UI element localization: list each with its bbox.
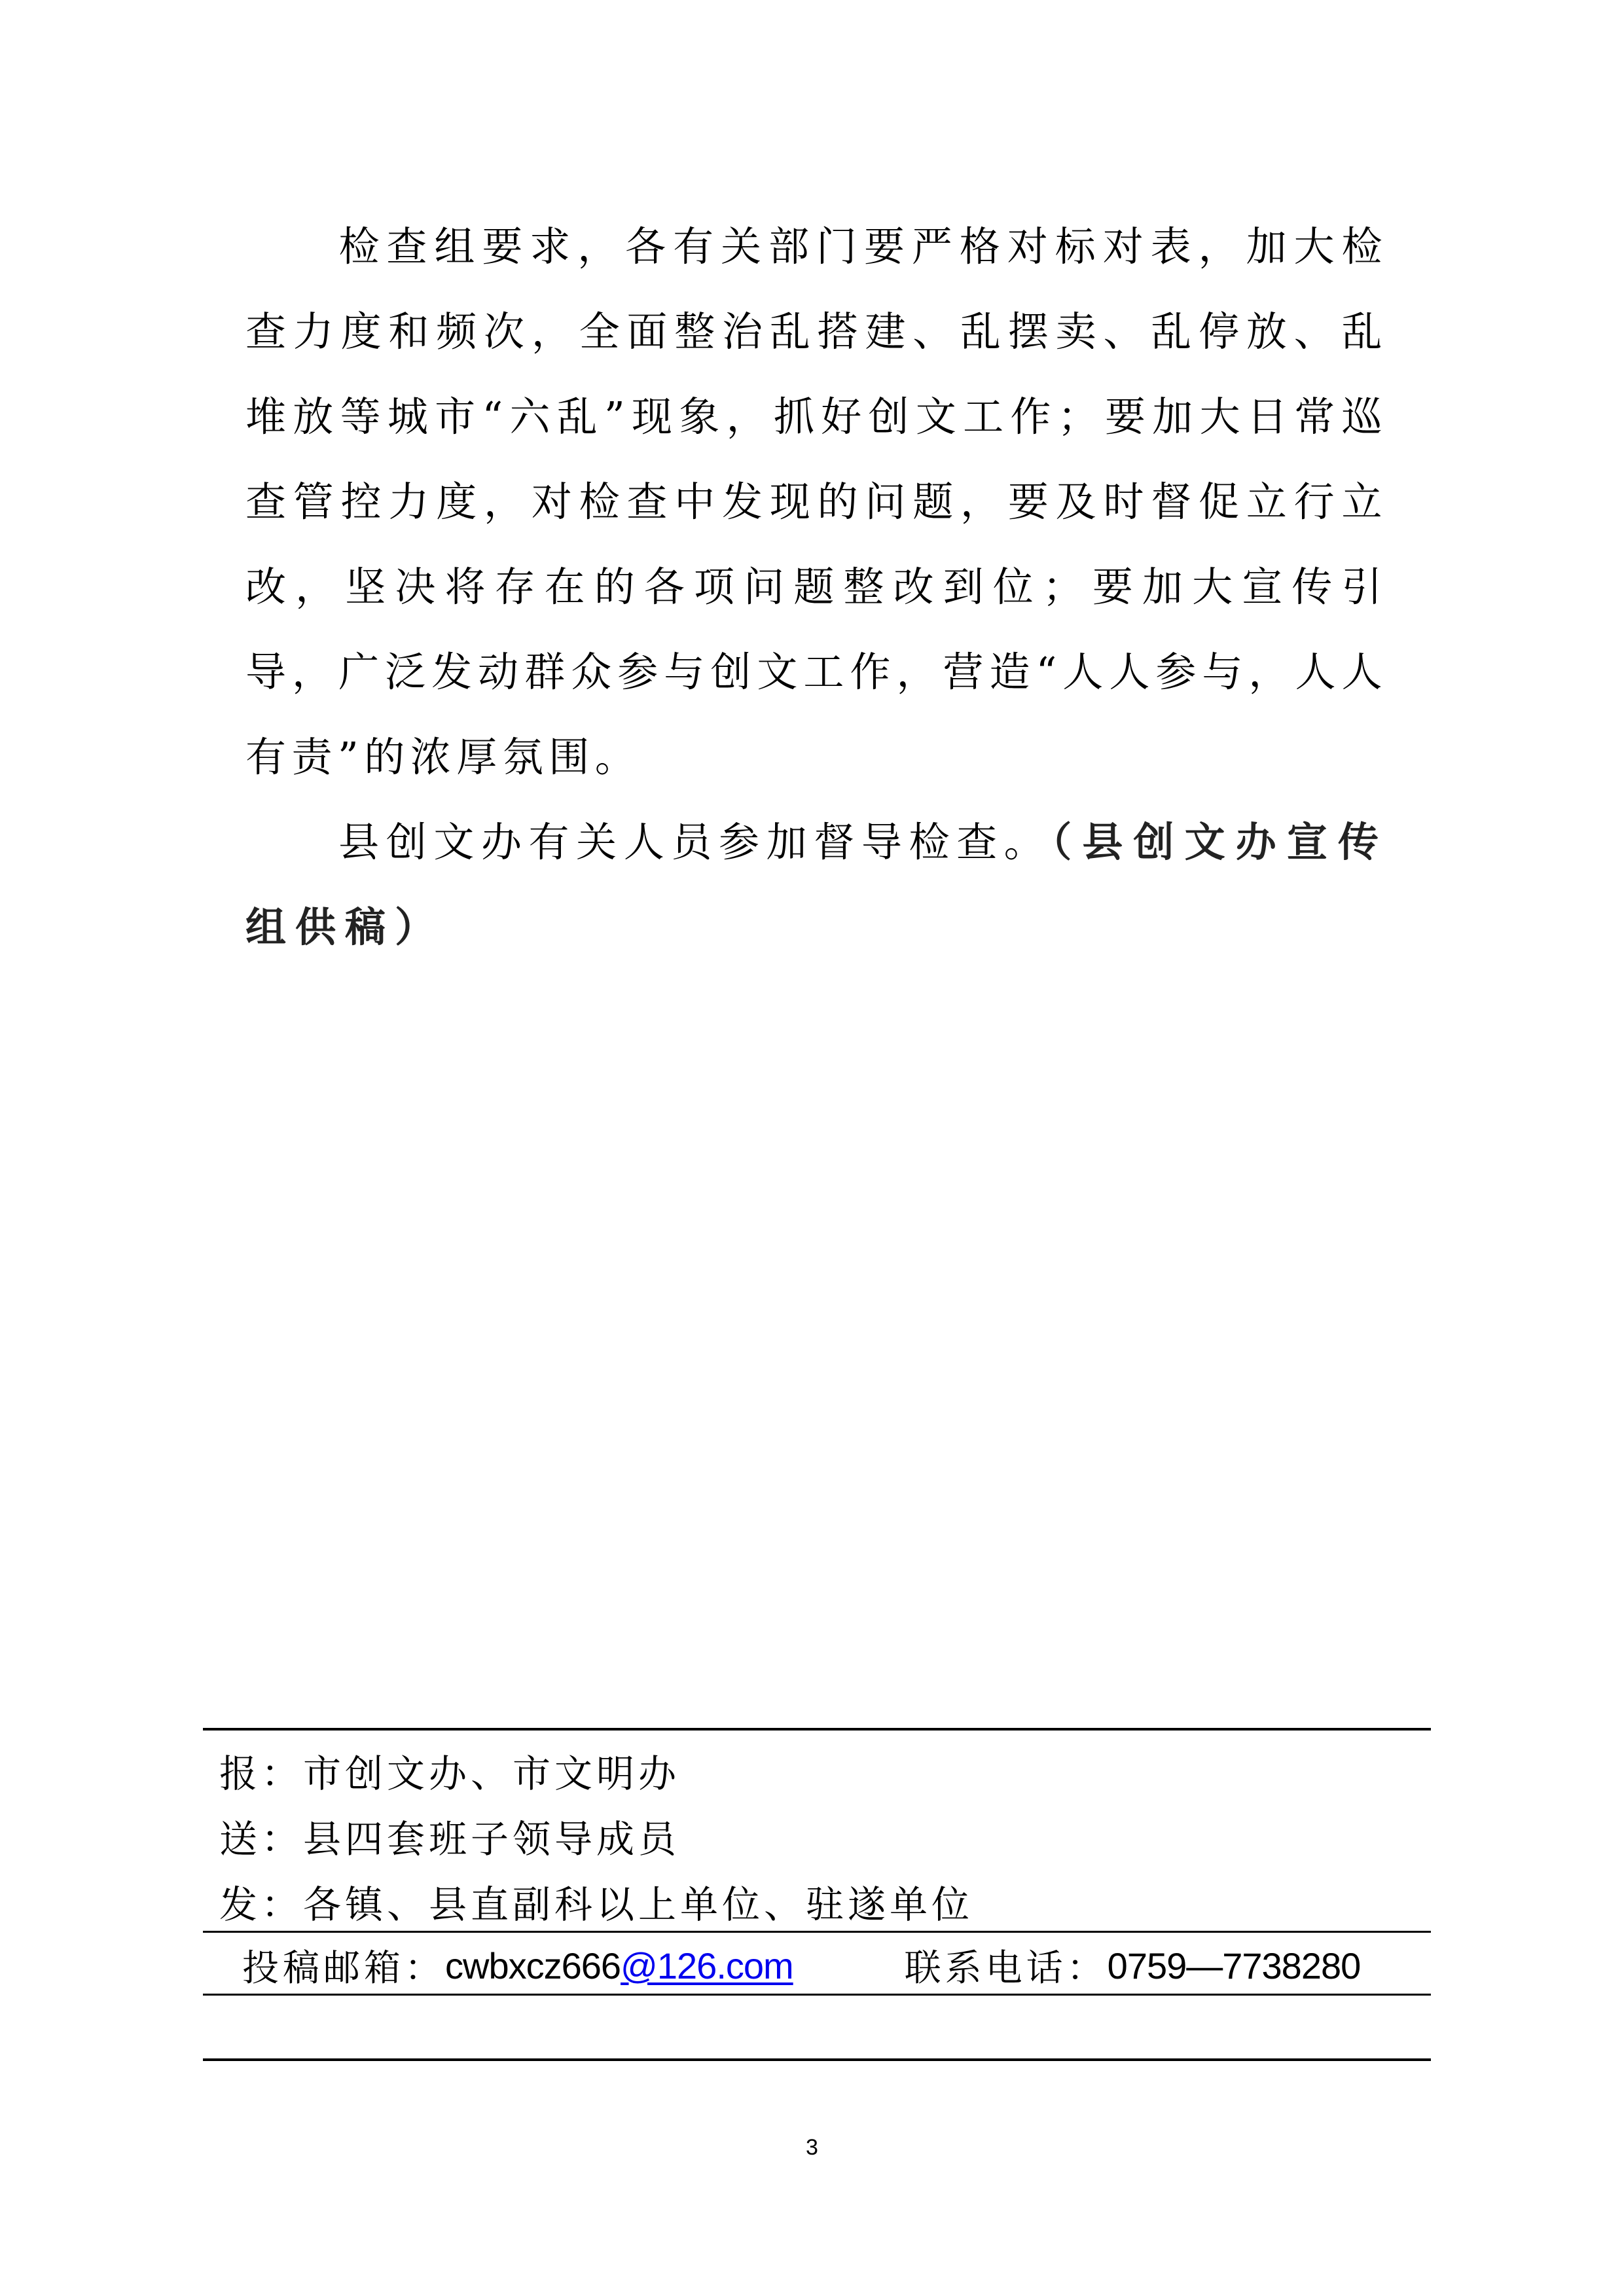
divider-contact-top <box>203 1931 1431 1933</box>
document-page: 检查组要求，各有关部门要严格对标对表，加大检查力度和频次，全面整治乱搭建、乱摆卖… <box>0 0 1624 2296</box>
contact-info: 投稿邮箱： cwbxcz666@126.com 联系电话： 0759—77382… <box>242 1937 1420 1994</box>
paragraph-participants: 县创文办有关人员参加督导检查。（县创文办宣传组供稿） <box>245 800 1388 970</box>
paragraph-inspection-requirements: 检查组要求，各有关部门要严格对标对表，加大检查力度和频次，全面整治乱搭建、乱摆卖… <box>245 204 1388 800</box>
phone-label: 联系电话： <box>905 1939 1108 1992</box>
send-to-line: 送：县四套班子领导成员 <box>219 1806 973 1872</box>
divider-top <box>203 1728 1431 1731</box>
page-number: 3 <box>0 2135 1624 2161</box>
article-body: 检查组要求，各有关部门要严格对标对表，加大检查力度和频次，全面整治乱搭建、乱摆卖… <box>245 204 1388 970</box>
paragraph-2-text: 县创文办有关人员参加督导检查。 <box>337 818 1051 866</box>
paragraph-1-text: 检查组要求，各有关部门要严格对标对表，加大检查力度和频次，全面整治乱搭建、乱摆卖… <box>245 223 1388 781</box>
issue-to-line: 发：各镇、县直副科以上单位、驻遂单位 <box>219 1872 973 1937</box>
divider-bottom <box>203 2058 1431 2061</box>
email-user: cwbxcz666 <box>445 1945 621 1987</box>
phone-number: 0759—7738280 <box>1108 1945 1361 1987</box>
distribution-list: 报：市创文办、市文明办 送：县四套班子领导成员 发：各镇、县直副科以上单位、驻遂… <box>219 1741 973 1937</box>
divider-contact-bottom <box>203 1994 1431 1996</box>
email-label: 投稿邮箱： <box>242 1939 445 1992</box>
email-link[interactable]: @126.com <box>621 1945 793 1987</box>
report-to-line: 报：市创文办、市文明办 <box>219 1741 973 1806</box>
